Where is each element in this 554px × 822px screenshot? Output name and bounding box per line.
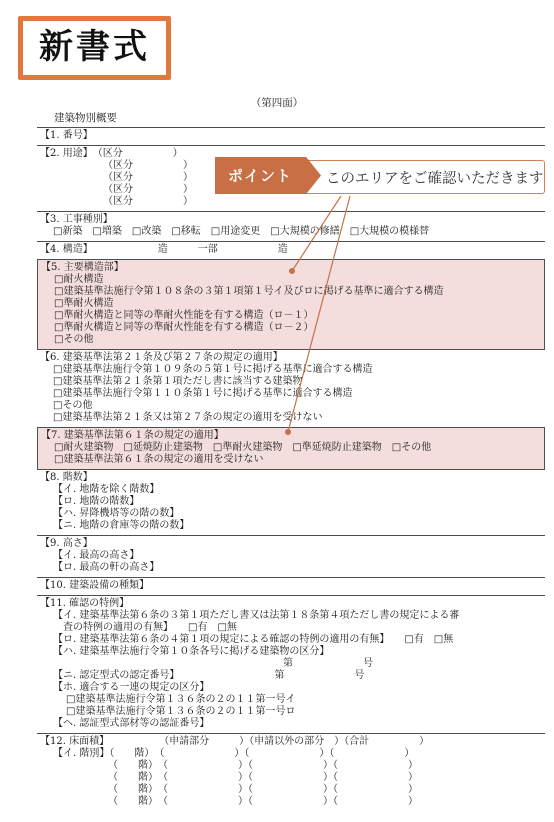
section-10: 【10. 建築設備の種類】	[37, 577, 545, 595]
form-row: □建築基準法施行令第１１０条第１号に掲げる基準に適合する構造	[37, 388, 545, 400]
form-row: 第 号	[37, 658, 545, 670]
section-5: 【5. 主要構造部】□耐火構造□建築基準法施行令第１０８条の３第１項第１号イ及び…	[37, 259, 545, 349]
section-9-title: 【9. 高さ】	[37, 538, 545, 550]
form-row: □準耐火構造と同等の準耐火性能を有する構造（ロ－２）	[38, 322, 544, 334]
document-page: 新書式 （第四面） 建築物別概要 【1. 番号】【2. 用途】 （区分 ）（区分…	[0, 0, 554, 822]
section-7: 【7. 建築基準法第６１条の規定の適用】□耐火建築物 □延焼防止建築物 □準耐火…	[37, 427, 545, 469]
form-row: 【ロ. 最高の軒の高さ】	[37, 562, 545, 574]
point-message: このエリアをご確認いただきます	[326, 167, 544, 188]
form-row: □建築基準法第６１条の規定の適用を受けない	[38, 454, 544, 466]
form-row: □建築基準法施行令第１３６条の２の１１第一号イ	[37, 694, 545, 706]
form-row: □耐火建築物 □延焼防止建築物 □準耐火建築物 □準延焼防止建築物 □その他	[38, 442, 544, 454]
form-row: □準耐火構造と同等の準耐火性能を有する構造（ロ－１）	[38, 310, 544, 322]
form-row: □その他	[38, 334, 544, 346]
section-6-title: 【6. 建築基準法第２１条及び第２７条の規定の適用】	[37, 352, 545, 364]
form-row: 【ロ. 地階の階数】	[37, 496, 545, 508]
section-5-title: 【5. 主要構造部】	[38, 262, 544, 274]
form-row: □建築基準法第２１条又は第２７条の規定の適用を受けない	[37, 412, 545, 424]
form-sections: 【1. 番号】【2. 用途】 （区分 ）（区分 ）（区分 ）（区分 ）（区分 ）…	[37, 127, 545, 811]
form-row: □準耐火構造	[38, 298, 544, 310]
section-4-title: 【4. 構造】 造 一部 造	[37, 244, 545, 256]
section-7-title: 【7. 建築基準法第６１条の規定の適用】	[38, 430, 544, 442]
section-10-title: 【10. 建築設備の種類】	[37, 580, 545, 592]
form-row: 【ホ. 適合する一連の規定の区分】	[37, 682, 545, 694]
section-3: 【3. 工事種別】□新築 □増築 □改築 □移転 □用途変更 □大規模の修繕 □…	[37, 211, 545, 241]
new-format-label: 新書式	[39, 27, 150, 67]
form-row: □建築基準法施行令第１０８条の３第１項第１号イ及びロに掲げる基準に適合する構造	[38, 286, 544, 298]
form-row: 【ハ. 建築基準法施行令第１０条各号に掲げる建築物の区分】	[37, 646, 545, 658]
form-row: □建築基準法第２１条第１項ただし書に該当する建築物	[37, 376, 545, 388]
page-marker: （第四面）	[0, 95, 554, 110]
form-row: （ 階） （ ）（ ）（ ）	[37, 772, 545, 784]
form-row: （ 階） （ ）（ ）（ ）	[37, 760, 545, 772]
form-row: 査の特例の適用の有無】 □有 □無	[37, 622, 545, 634]
section-3-title: 【3. 工事種別】	[37, 214, 545, 226]
form-row: （区分 ）	[37, 196, 545, 208]
doc-title: 建築物別概要	[54, 110, 117, 125]
section-6: 【6. 建築基準法第２１条及び第２７条の規定の適用】□建築基準法施行令第１０９条…	[37, 349, 545, 427]
point-badge-label: ポイント	[228, 165, 292, 186]
section-9: 【9. 高さ】【イ. 最高の高さ】【ロ. 最高の軒の高さ】	[37, 535, 545, 577]
section-1-title: 【1. 番号】	[37, 130, 545, 142]
form-row: 【ロ. 建築基準法第６条の４第１項の規定による確認の特例の適用の有無】 □有 □…	[37, 634, 545, 646]
form-row: 【ハ. 昇降機塔等の階の数】	[37, 508, 545, 520]
form-row: 【イ. 階別】（ 階） （ ）（ ）（ ）	[37, 748, 545, 760]
section-1: 【1. 番号】	[37, 127, 545, 145]
section-12: 【12. 床面積】 （申請部分 ）（申請以外の部分 ）（合計 ）【イ. 階別】（…	[37, 733, 545, 811]
form-row: □新築 □増築 □改築 □移転 □用途変更 □大規模の修繕 □大規模の模様替	[37, 226, 545, 238]
section-4: 【4. 構造】 造 一部 造	[37, 241, 545, 259]
new-format-banner: 新書式	[18, 16, 171, 80]
form-row: （ 階） （ ）（ ）（ ）	[37, 796, 545, 808]
form-row: □建築基準法施行令第１０９条の５第１号に掲げる基準に適合する構造	[37, 364, 545, 376]
form-row: 【イ. 最高の高さ】	[37, 550, 545, 562]
point-callout: このエリアをご確認いただきます ポイント	[215, 157, 545, 195]
form-row: （ 階） （ ）（ ）（ ）	[37, 784, 545, 796]
section-11: 【11. 確認の特例】【イ. 建築基準法第６条の３第１項ただし書又は法第１８条第…	[37, 595, 545, 733]
section-8-title: 【8. 階数】	[37, 472, 545, 484]
form-row: 【ヘ. 認証型式部材等の認証番号】	[37, 718, 545, 730]
form-row: □建築基準法施行令第１３６条の２の１１第一号ロ	[37, 706, 545, 718]
form-row: 【イ. 建築基準法第６条の３第１項ただし書又は法第１８条第４項ただし書の規定によ…	[37, 610, 545, 622]
form-row: □耐火構造	[38, 274, 544, 286]
form-row: □その他	[37, 400, 545, 412]
section-11-title: 【11. 確認の特例】	[37, 598, 545, 610]
point-message-box: このエリアをご確認いただきます	[301, 160, 545, 194]
section-8: 【8. 階数】【イ. 地階を除く階数】【ロ. 地階の階数】【ハ. 昇降機塔等の階…	[37, 469, 545, 535]
form-row: 【ニ. 地階の倉庫等の階の数】	[37, 520, 545, 532]
form-row: 【ニ. 認定型式の認定番号】 第 号	[37, 670, 545, 682]
point-badge: ポイント	[215, 157, 321, 194]
section-12-title: 【12. 床面積】 （申請部分 ）（申請以外の部分 ）（合計 ）	[37, 736, 545, 748]
form-row: 【イ. 地階を除く階数】	[37, 484, 545, 496]
